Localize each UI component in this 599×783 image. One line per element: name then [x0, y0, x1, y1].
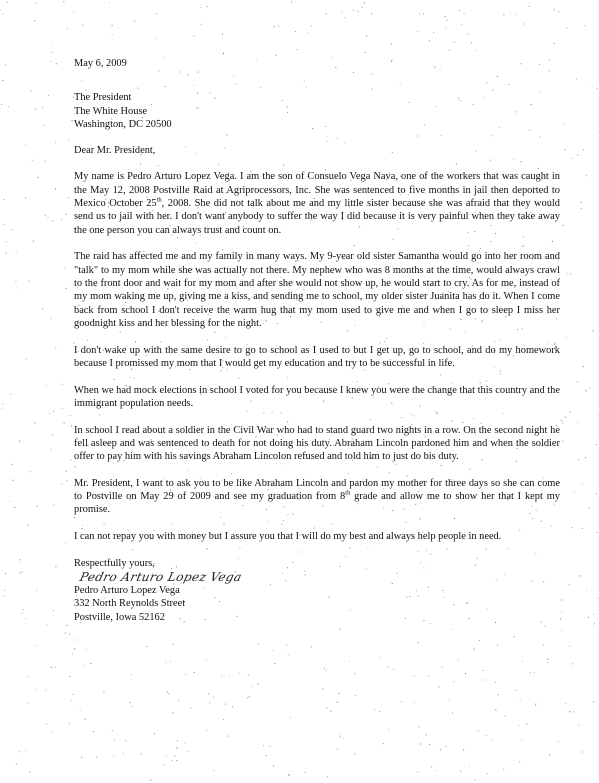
body-paragraph: When we had mock elections in school I v… — [74, 384, 560, 411]
paragraph-text: I can not repay you with money but I ass… — [74, 531, 501, 542]
body-paragraph: My name is Pedro Arturo Lopez Vega. I am… — [74, 170, 560, 236]
letter-body: My name is Pedro Arturo Lopez Vega. I am… — [74, 170, 560, 543]
closing: Respectfully yours, — [74, 557, 560, 570]
body-paragraph: I don't wake up with the same desire to … — [74, 344, 560, 371]
body-paragraph: The raid has affected me and my family i… — [74, 250, 560, 330]
body-paragraph: I can not repay you with money but I ass… — [74, 530, 560, 543]
letter-date: May 6, 2009 — [74, 57, 560, 70]
recipient-address: The President The White House Washington… — [74, 91, 560, 131]
recipient-line: The President — [74, 91, 560, 104]
letter-page: May 6, 2009 The President The White Hous… — [74, 57, 560, 624]
sender-address: Pedro Arturo Lopez Vega 332 North Reynol… — [74, 584, 560, 624]
salutation: Dear Mr. President, — [74, 144, 560, 157]
sender-city: Postville, Iowa 52162 — [74, 611, 560, 624]
sender-name: Pedro Arturo Lopez Vega — [74, 584, 560, 597]
paragraph-text: The raid has affected me and my family i… — [74, 251, 560, 328]
recipient-line: The White House — [74, 105, 560, 118]
body-paragraph: In school I read about a soldier in the … — [74, 424, 560, 464]
sender-street: 332 North Reynolds Street — [74, 597, 560, 610]
paragraph-text: When we had mock elections in school I v… — [74, 385, 560, 409]
recipient-line: Washington, DC 20500 — [74, 118, 560, 131]
body-paragraph: Mr. President, I want to ask you to be l… — [74, 477, 560, 517]
paragraph-text: I don't wake up with the same desire to … — [74, 345, 560, 369]
paragraph-text: In school I read about a soldier in the … — [74, 425, 560, 463]
handwritten-signature: Pedro Arturo Lopez Vega — [78, 570, 561, 584]
